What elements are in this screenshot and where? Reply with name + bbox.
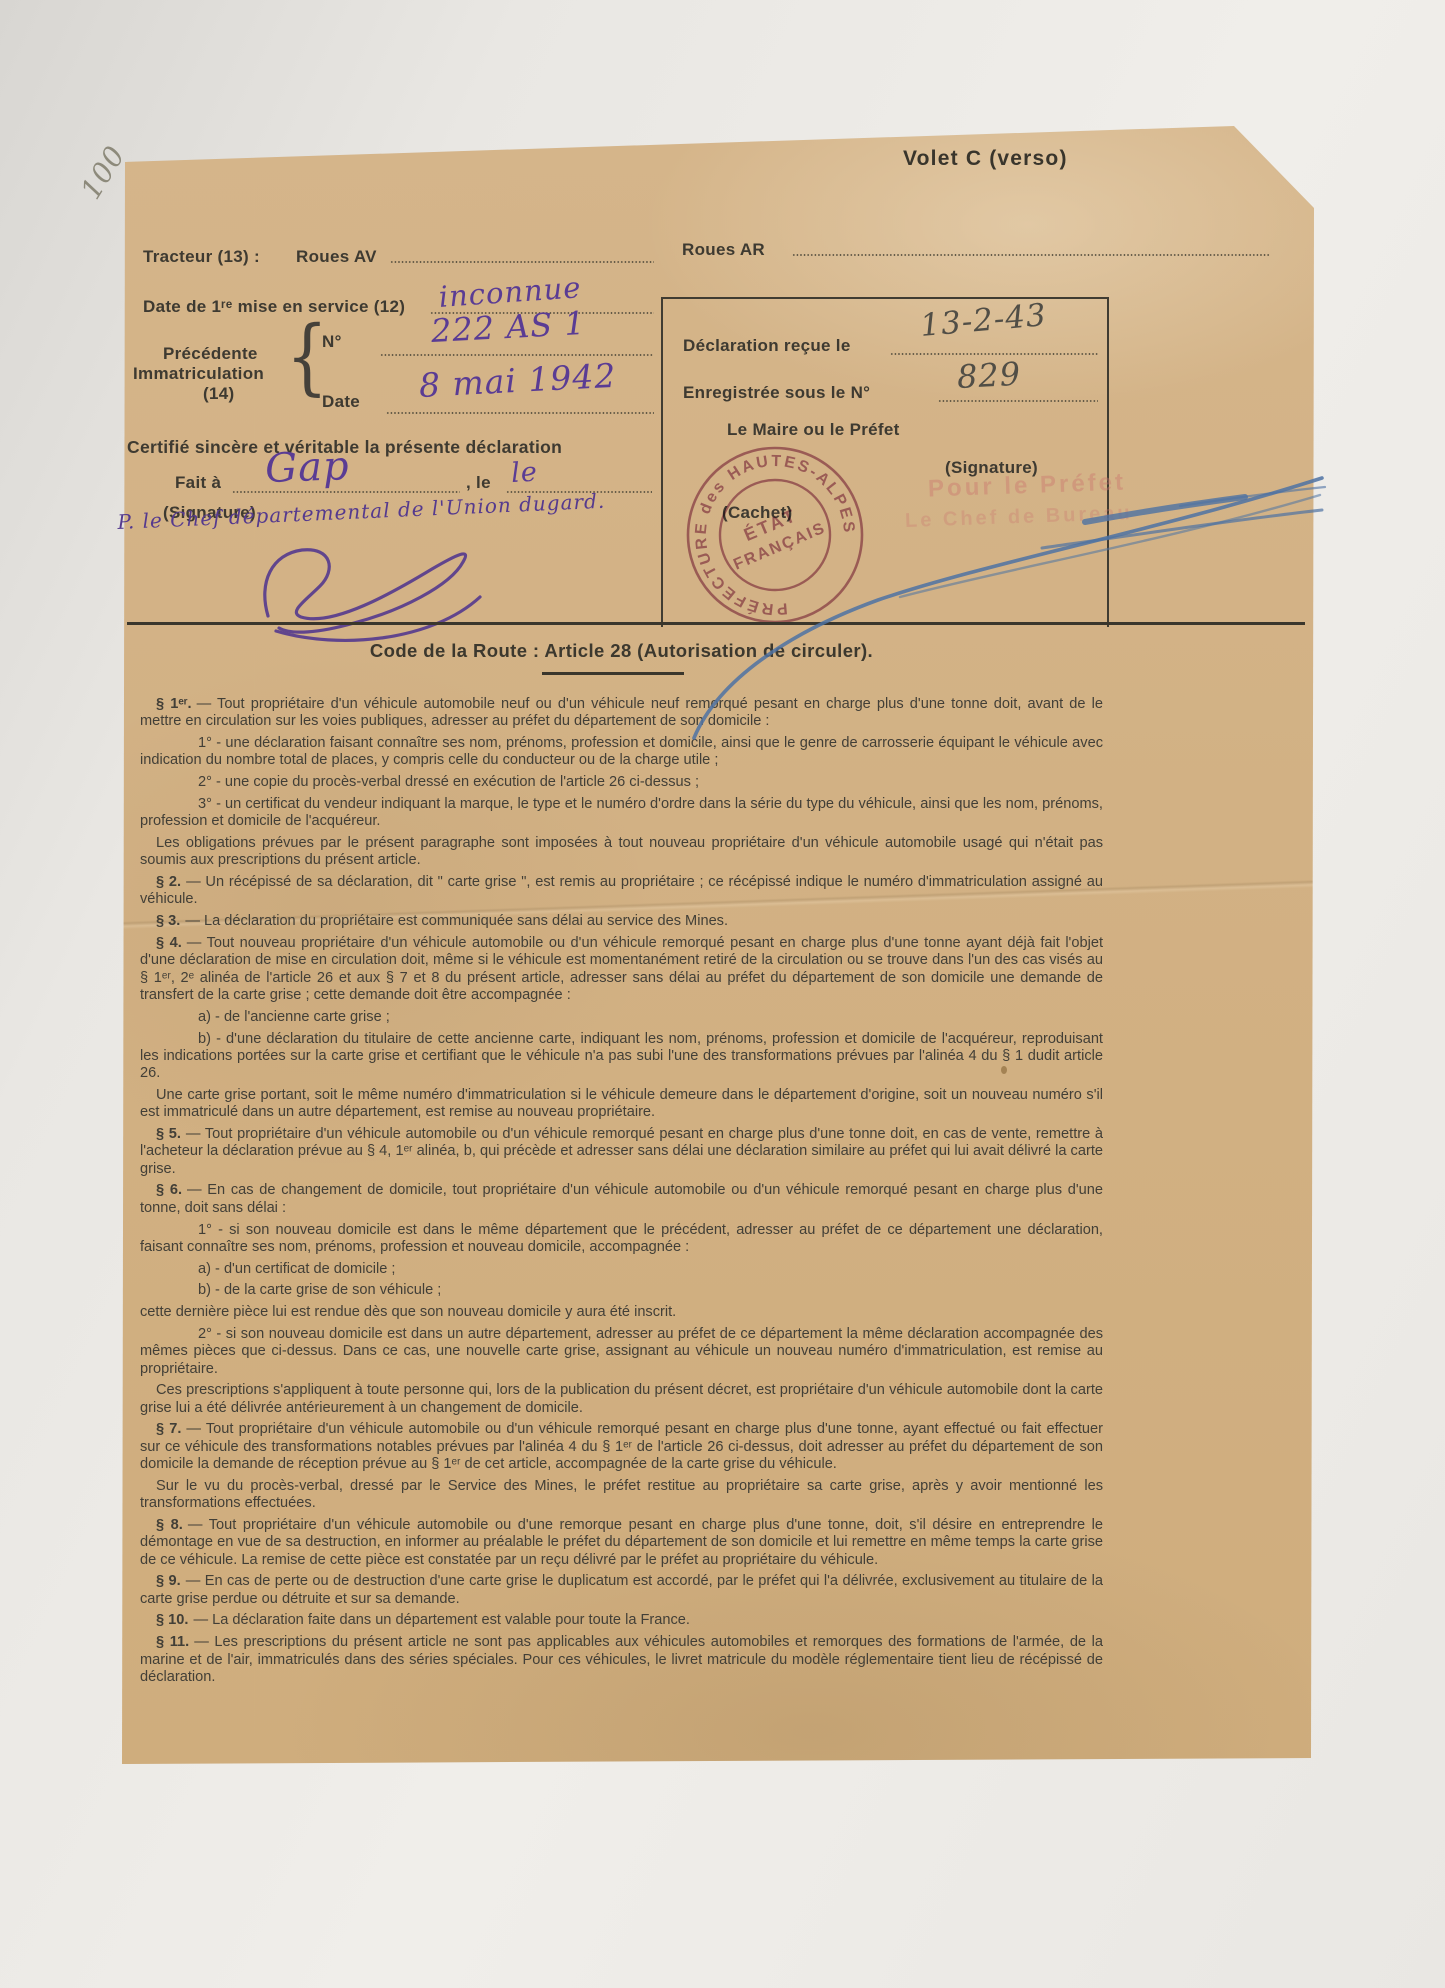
pen-stroke bbox=[0, 0, 1445, 1988]
scanned-document-page: { "colors": { "paper": "#d2b184", "print… bbox=[0, 0, 1445, 1988]
paper-speck bbox=[1001, 1066, 1007, 1074]
